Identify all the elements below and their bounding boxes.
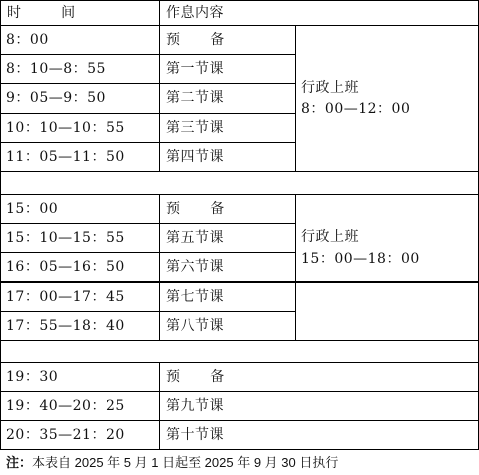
content-cell: 第十节课 bbox=[166, 427, 224, 443]
row-divider-thick bbox=[0, 281, 479, 283]
row-divider bbox=[0, 252, 296, 253]
col-divider bbox=[159, 362, 160, 450]
row-divider bbox=[0, 362, 479, 363]
time-cell: 20：35—21：20 bbox=[6, 427, 125, 443]
content-cell: 第九节课 bbox=[166, 398, 224, 414]
time-cell: 8：00 bbox=[6, 32, 49, 48]
content-cell: 第七节课 bbox=[166, 289, 224, 305]
header-time: 时 间 bbox=[7, 5, 76, 21]
time-cell: 9：05—9：50 bbox=[6, 90, 106, 106]
footnote: 注：本表自 2025 年 5 月 1 日起至 2025 年 9 月 30 日执行 bbox=[6, 452, 338, 471]
admin-label: 行政上班 bbox=[301, 226, 359, 249]
row-divider bbox=[0, 142, 296, 143]
col-divider bbox=[295, 25, 296, 171]
row-divider bbox=[0, 54, 296, 55]
time-cell: 19：40—20：25 bbox=[6, 398, 125, 414]
col-divider bbox=[295, 194, 296, 340]
border-left bbox=[0, 0, 1, 450]
content-cell: 第三节课 bbox=[166, 120, 224, 136]
row-divider bbox=[0, 340, 479, 341]
content-cell: 第四节课 bbox=[166, 149, 224, 165]
time-cell: 15：00 bbox=[6, 201, 58, 217]
footnote-prefix: 注： bbox=[6, 455, 32, 470]
row-divider bbox=[0, 83, 296, 84]
admin-label: 行政上班 bbox=[301, 77, 359, 100]
time-cell: 15：10—15：55 bbox=[6, 230, 125, 246]
border-top bbox=[0, 0, 479, 1]
time-cell: 17：00—17：45 bbox=[6, 289, 125, 305]
border-bottom bbox=[0, 449, 479, 450]
time-cell: 8：10—8：55 bbox=[6, 61, 106, 77]
time-cell: 17：55—18：40 bbox=[6, 318, 125, 334]
header-content: 作息内容 bbox=[166, 5, 224, 21]
content-cell: 预 备 bbox=[166, 201, 225, 217]
row-divider bbox=[0, 113, 296, 114]
content-cell: 第八节课 bbox=[166, 318, 224, 334]
row-divider bbox=[0, 391, 479, 392]
content-cell: 第五节课 bbox=[166, 230, 224, 246]
row-divider bbox=[0, 171, 479, 172]
content-cell: 第六节课 bbox=[166, 259, 224, 275]
content-cell: 预 备 bbox=[166, 369, 225, 385]
row-divider bbox=[0, 311, 296, 312]
time-cell: 11：05—11：50 bbox=[6, 149, 125, 165]
time-cell: 10：10—10：55 bbox=[6, 120, 125, 136]
row-divider bbox=[0, 194, 479, 195]
col-divider bbox=[159, 0, 160, 171]
time-cell: 16：05—16：50 bbox=[6, 259, 125, 275]
row-divider bbox=[0, 223, 296, 224]
row-divider bbox=[0, 25, 479, 26]
time-cell: 19：30 bbox=[6, 369, 58, 385]
admin-hours: 15：00—18：00 bbox=[301, 248, 420, 271]
content-cell: 第一节课 bbox=[166, 61, 224, 77]
content-cell: 预 备 bbox=[166, 32, 225, 48]
row-divider bbox=[0, 420, 479, 421]
admin-hours: 8：00—12：00 bbox=[301, 98, 410, 121]
col-divider bbox=[159, 194, 160, 340]
content-cell: 第二节课 bbox=[166, 90, 224, 106]
footnote-text: 本表自 2025 年 5 月 1 日起至 2025 年 9 月 30 日执行 bbox=[32, 455, 338, 470]
